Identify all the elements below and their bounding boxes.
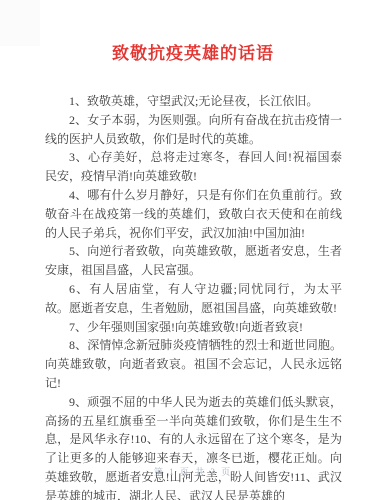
document-body: 1、致敬英雄，守望武汉;无论昼夜，长江依旧。 2、女子本弱，为医则强。向所有奋战… <box>0 92 386 500</box>
paragraph-8: 8、深情悼念新冠肺炎疫情牺牲的烈士和逝世同胞。向英雄致敬，向逝者致哀。祖国不会忘… <box>45 336 342 392</box>
paragraph-4: 4、哪有什么岁月静好，只是有你们在负重前行。致敬奋斗在战疫第一线的英雄们，致敬白… <box>45 186 342 242</box>
paragraph-1: 1、致敬英雄，守望武汉;无论昼夜，长江依旧。 <box>45 92 342 111</box>
paragraph-7: 7、少年强则国家强!向英雄致敬!向逝者致哀! <box>45 318 342 337</box>
document-page: 致敬抗疫英雄的话语 1、致敬英雄，守望武汉;无论昼夜，长江依旧。 2、女子本弱，… <box>0 0 386 500</box>
page-title: 致敬抗疫英雄的话语 <box>0 0 386 64</box>
page-number-footer: 第 1 页 共 3 页 <box>0 465 386 478</box>
page-corner-shade <box>0 0 40 46</box>
paragraph-5: 5、向逆行者致敬，向英雄致敬，愿逝者安息，生者安康，祖国昌盛，人民富强。 <box>45 242 342 280</box>
paragraph-6: 6、有人居庙堂，有人守边疆;同忧同行，为太平故。愿逝者安息，生者勉励，愿祖国昌盛… <box>45 280 342 318</box>
paragraph-9: 9、顽强不屈的中华人民为逝去的英雄们低头默哀，高扬的五星红旗垂至一半向英雄们致敬… <box>45 393 342 500</box>
paragraph-2: 2、女子本弱，为医则强。向所有奋战在抗击疫情一线的医护人员致敬，你们是时代的英雄… <box>45 111 342 149</box>
paragraph-3: 3、心存美好，总将走过寒冬，春回人间!祝福国泰民安，疫情早消!向英雄致敬! <box>45 148 342 186</box>
